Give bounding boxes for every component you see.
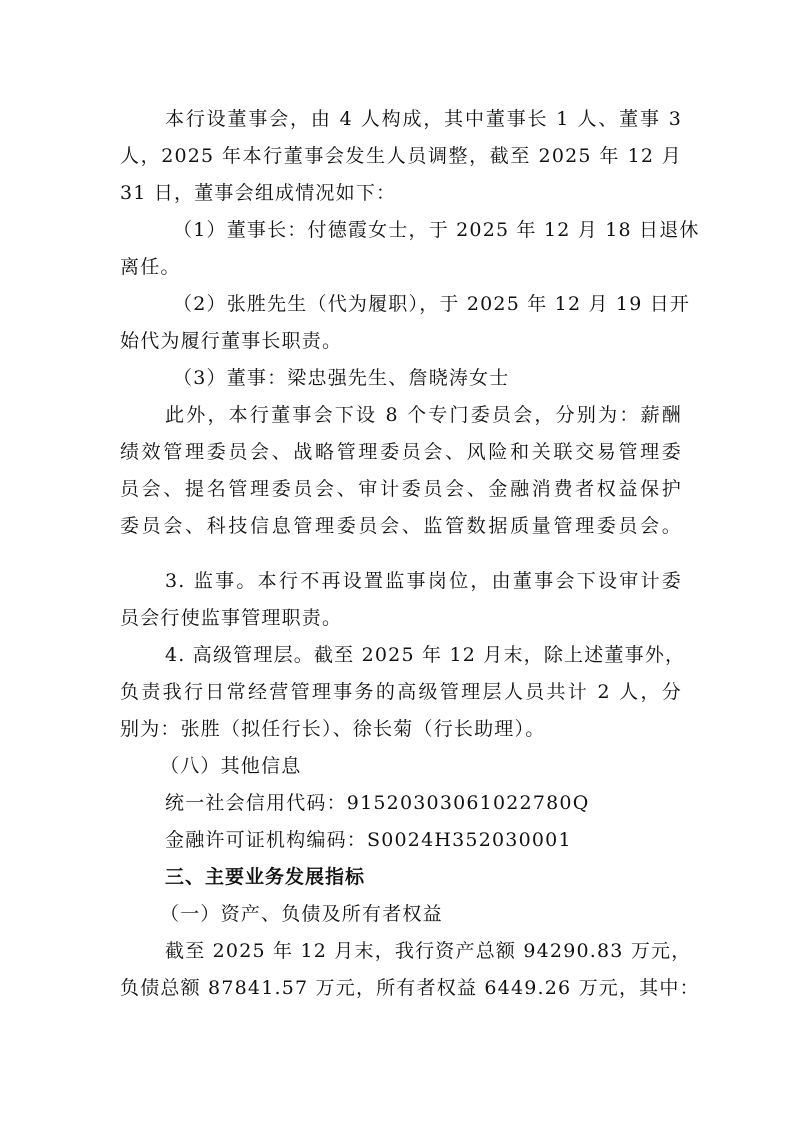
committees-paragraph-line-3: 员会、提名管理委员会、审计委员会、金融消费者权益保护: [120, 471, 682, 507]
assets-paragraph-line-2: 负债总额 87841.57 万元，所有者权益 6449.26 万元，其中：: [120, 970, 682, 1006]
other-info-heading: （八）其他信息: [160, 748, 722, 784]
committees-paragraph-line-4: 委员会、科技信息管理委员会、监管数据质量管理委员会。: [120, 508, 682, 544]
senior-management-line-1: 4. 高级管理层。截至 2025 年 12 月末，除上述董事外，: [165, 637, 682, 673]
assets-paragraph-line-1: 截至 2025 年 12 月末，我行资产总额 94290.83 万元，: [165, 933, 682, 969]
board-paragraph-line-1: 本行设董事会，由 4 人构成，其中董事长 1 人、董事 3: [165, 101, 682, 137]
board-member-1-line-1: （1）董事长：付德霞女士，于 2025 年 12 月 18 日退休: [173, 212, 682, 248]
senior-management-line-2: 负责我行日常经营管理事务的高级管理层人员共计 2 人，分: [120, 674, 682, 710]
board-member-3-line-1: （3）董事：梁忠强先生、詹晓涛女士: [173, 360, 735, 396]
document-page: 本行设董事会，由 4 人构成，其中董事长 1 人、董事 3 人，2025 年本行…: [0, 0, 800, 1132]
board-member-1-line-2: 离任。: [120, 249, 682, 285]
board-member-2-line-1: （2）张胜先生（代为履职），于 2025 年 12 月 19 日开: [173, 286, 682, 322]
section-three-heading: 三、主要业务发展指标: [165, 859, 682, 895]
committees-paragraph-line-2: 绩效管理委员会、战略管理委员会、风险和关联交易管理委: [120, 434, 682, 470]
board-member-2-line-2: 始代为履行董事长职责。: [120, 323, 682, 359]
committees-paragraph-line-1: 此外，本行董事会下设 8 个专门委员会，分别为：薪酬: [165, 397, 682, 433]
section-three-subheading: （一）资产、负债及所有者权益: [160, 896, 722, 932]
supervisors-paragraph-line-2: 员会行使监事管理职责。: [120, 600, 682, 636]
credit-code: 统一社会信用代码：91520303061022780Q: [165, 785, 682, 821]
supervisors-paragraph-line-1: 3. 监事。本行不再设置监事岗位，由董事会下设审计委: [165, 563, 682, 599]
senior-management-line-3: 别为：张胜（拟任行长）、徐长菊（行长助理）。: [120, 711, 682, 747]
license-code: 金融许可证机构编码：S0024H352030001: [165, 822, 682, 858]
board-paragraph-line-3: 31 日，董事会组成情况如下：: [120, 175, 682, 211]
board-paragraph-line-2: 人，2025 年本行董事会发生人员调整，截至 2025 年 12 月: [120, 138, 682, 174]
